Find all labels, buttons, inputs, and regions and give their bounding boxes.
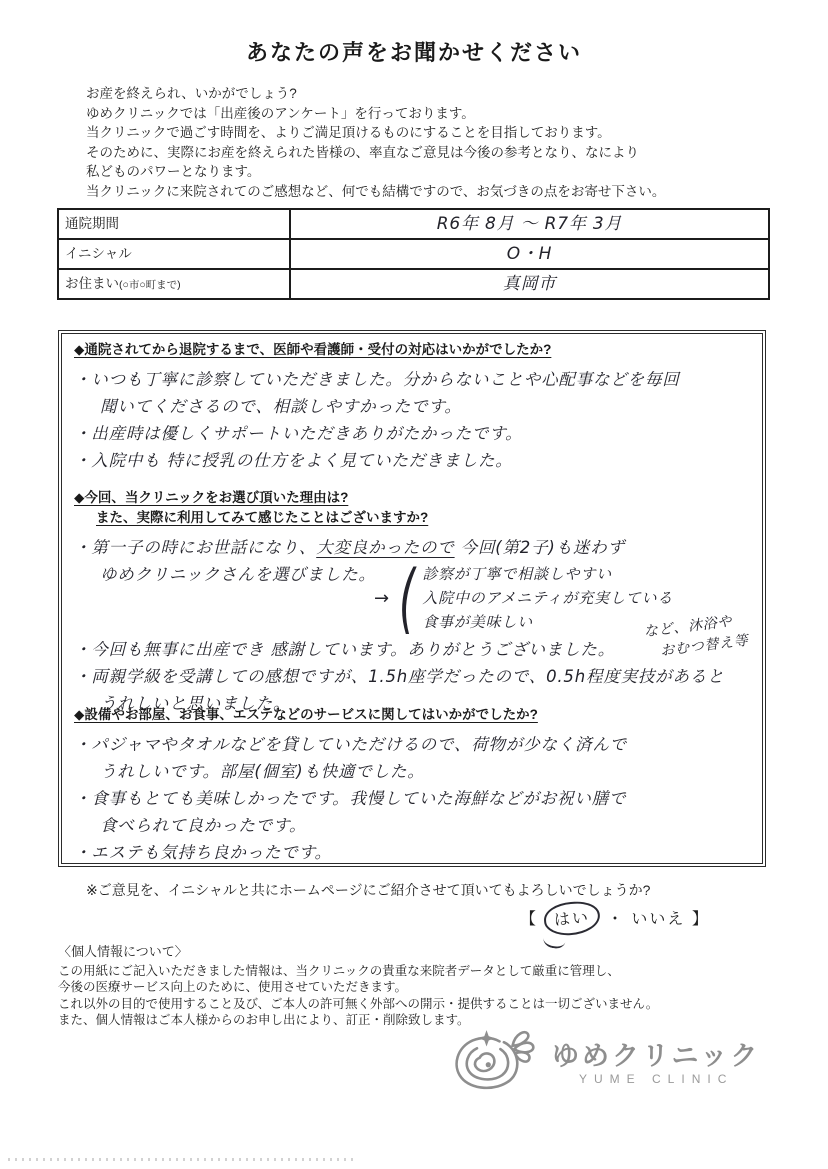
initials-value[interactable]: O・H bbox=[291, 240, 768, 268]
privacy-line: これ以外の目的で使用すること及び、ご本人の許可無く外部への開示・提供することは一… bbox=[58, 996, 768, 1013]
label-suffix: (○市○町まで) bbox=[119, 279, 181, 291]
scan-noise-artifact bbox=[8, 1158, 353, 1161]
label-text: イニシャル bbox=[65, 246, 132, 261]
privacy-notice: 〈個人情報について〉 この用紙にご記入いただきました情報は、当クリニックの貴重な… bbox=[58, 944, 768, 1029]
answer-segment: ・第一子の時にお世話になり、 bbox=[74, 538, 316, 557]
answer-line: ・両親学級を受講しての感想ですが、1.5h座学だったので、0.5h程度実技がある… bbox=[74, 663, 750, 690]
answer-line: ・エステも気持ち良かったです。 bbox=[74, 839, 750, 866]
parenthesis-mark: ( bbox=[399, 563, 416, 633]
answer-line: ・食事もとても美味しかったです。我慢していた海鮮などがお祝い膳で bbox=[74, 785, 750, 812]
bracket-open: 【 bbox=[520, 911, 538, 928]
clinic-logo-text: ゆめクリニック YUME CLINIC bbox=[552, 1041, 760, 1086]
table-row-residence: お住まい(○市○町まで) 真岡市 bbox=[59, 270, 768, 298]
consent-question: ※ご意見を、イニシャルと共にホームページにご紹介させて頂いてもよろしいでしょうか… bbox=[86, 880, 786, 900]
consent-choice: 【 はい ・ いいえ 】 bbox=[520, 902, 710, 935]
question-1-answers: ・いつも丁寧に診察していただきました。分からないことや心配事などを毎回 聞いてく… bbox=[74, 366, 750, 474]
answer-line: ・パジャマやタオルなどを貸していただけるので、荷物が少なく済んで bbox=[74, 731, 750, 758]
survey-answers-box: ◆通院されてから退院するまで、医師や看護師・受付の対応はいかがでしたか? ・いつ… bbox=[58, 330, 766, 867]
intro-line: 当クリニックに来院されてのご感想など、何でも結構ですので、お気づきの点をお寄せ下… bbox=[86, 182, 776, 202]
intro-line: 私どものパワーとなります。 bbox=[86, 162, 776, 182]
reason-item: 入院中のアメニティが充実している bbox=[422, 586, 673, 610]
visit-period-label: 通院期間 bbox=[59, 210, 291, 238]
bracket-close: 】 bbox=[692, 911, 710, 928]
question-3-heading: ◆設備やお部屋、お食事、エステなどのサービスに関してはいかがでしたか? bbox=[74, 705, 750, 725]
clinic-name-jp: ゆめクリニック bbox=[552, 1041, 760, 1071]
page-title: あなたの声をお聞かせください bbox=[0, 36, 828, 67]
questionnaire-page: あなたの声をお聞かせください お産を終えられ、いかがでしょう? ゆめクリニックで… bbox=[0, 0, 828, 1169]
clinic-name-en: YUME CLINIC bbox=[552, 1072, 760, 1086]
answer-line: ・入院中も 特に授乳の仕方をよく見ていただきました。 bbox=[74, 447, 750, 474]
answer-segment-underlined: 大変良かったので bbox=[316, 538, 454, 557]
table-row-initials: イニシャル O・H bbox=[59, 240, 768, 270]
patient-info-table: 通院期間 R6年 8月 〜 R7年 3月 イニシャル O・H お住まい(○市○町… bbox=[57, 208, 770, 300]
clinic-logo: ゆめクリニック YUME CLINIC bbox=[438, 1026, 760, 1100]
question-3-answers: ・パジャマやタオルなどを貸していただけるので、荷物が少なく済んで うれしいです。… bbox=[74, 731, 750, 866]
consent-option-no[interactable]: いいえ bbox=[631, 911, 685, 928]
arrow-icon: → bbox=[374, 588, 390, 609]
question-1-heading: ◆通院されてから退院するまで、医師や看護師・受付の対応はいかがでしたか? bbox=[74, 340, 750, 360]
answer-line: 食べられて良かったです。 bbox=[100, 812, 750, 839]
table-row-visit-period: 通院期間 R6年 8月 〜 R7年 3月 bbox=[59, 210, 768, 240]
answer-line: ・出産時は優しくサポートいただきありがたかったです。 bbox=[74, 420, 750, 447]
answer-segment: 今回(第2子)も迷わず bbox=[455, 538, 625, 557]
label-text: お住まい bbox=[65, 276, 119, 291]
consent-option-yes[interactable]: はい bbox=[543, 900, 601, 937]
answer-line: 聞いてくださるので、相談しやすかったです。 bbox=[100, 393, 750, 420]
clinic-logo-mark-icon bbox=[438, 1026, 542, 1100]
intro-line: 当クリニックで過ごす時間を、よりご満足頂けるものにすることを目指しております。 bbox=[86, 123, 776, 143]
consent-separator: ・ bbox=[607, 911, 625, 928]
visit-period-value[interactable]: R6年 8月 〜 R7年 3月 bbox=[291, 210, 768, 238]
privacy-heading: 〈個人情報について〉 bbox=[58, 944, 768, 961]
reason-item: 診察が丁寧で相談しやすい bbox=[422, 562, 673, 586]
intro-line: ゆめクリニックでは「出産後のアンケート」を行っております。 bbox=[86, 104, 776, 124]
residence-label: お住まい(○市○町まで) bbox=[59, 270, 291, 298]
reason-list: 診察が丁寧で相談しやすい 入院中のアメニティが充実している 食事が美味しい bbox=[422, 562, 673, 634]
answer-line: ・いつも丁寧に診察していただきました。分からないことや心配事などを毎回 bbox=[74, 366, 750, 393]
label-text: 通院期間 bbox=[65, 216, 119, 231]
intro-line: お産を終えられ、いかがでしょう? bbox=[86, 84, 776, 104]
question-2-heading-line1: ◆今回、当クリニックをお選び頂いた理由は? bbox=[74, 488, 750, 508]
initials-label: イニシャル bbox=[59, 240, 291, 268]
question-2-heading-line2: また、実際に利用してみて感じたことはございますか? bbox=[96, 508, 750, 528]
privacy-line: 今後の医療サービス向上のために、使用させていただきます。 bbox=[58, 979, 768, 996]
intro-paragraph: お産を終えられ、いかがでしょう? ゆめクリニックでは「出産後のアンケート」を行っ… bbox=[86, 84, 776, 201]
residence-value[interactable]: 真岡市 bbox=[291, 270, 768, 298]
intro-line: そのために、実際にお産を終えられた皆様の、率直なご意見は今後の参考となり、なによ… bbox=[86, 143, 776, 163]
reason-item: 食事が美味しい bbox=[422, 610, 673, 634]
sparkle-icon bbox=[479, 1030, 495, 1046]
privacy-line: この用紙にご記入いただきました情報は、当クリニックの貴重な来院者データとして厳重… bbox=[58, 963, 768, 980]
answer-line: うれしいです。部屋(個室)も快適でした。 bbox=[100, 758, 750, 785]
